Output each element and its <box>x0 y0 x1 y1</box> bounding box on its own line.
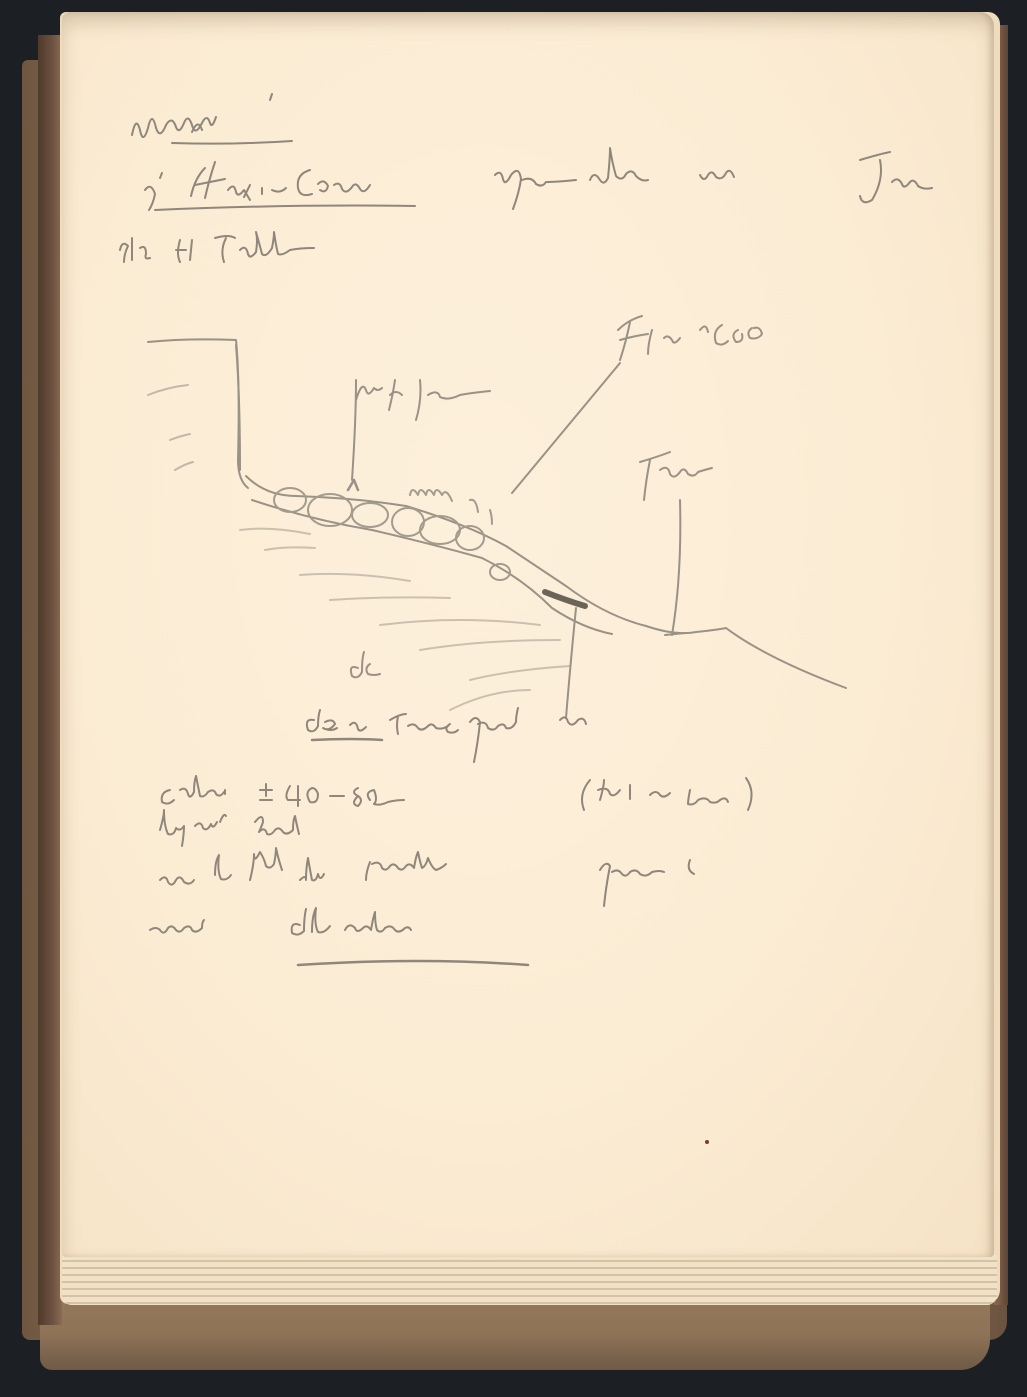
handwriting-heading <box>132 94 292 144</box>
geological-sketch <box>148 316 846 718</box>
handwriting-line-1 <box>145 148 932 210</box>
pencil-drawing <box>0 0 1027 1397</box>
handwriting-line-2 <box>120 232 314 262</box>
paper-speck <box>705 1140 709 1144</box>
handwriting-caption <box>150 708 752 965</box>
